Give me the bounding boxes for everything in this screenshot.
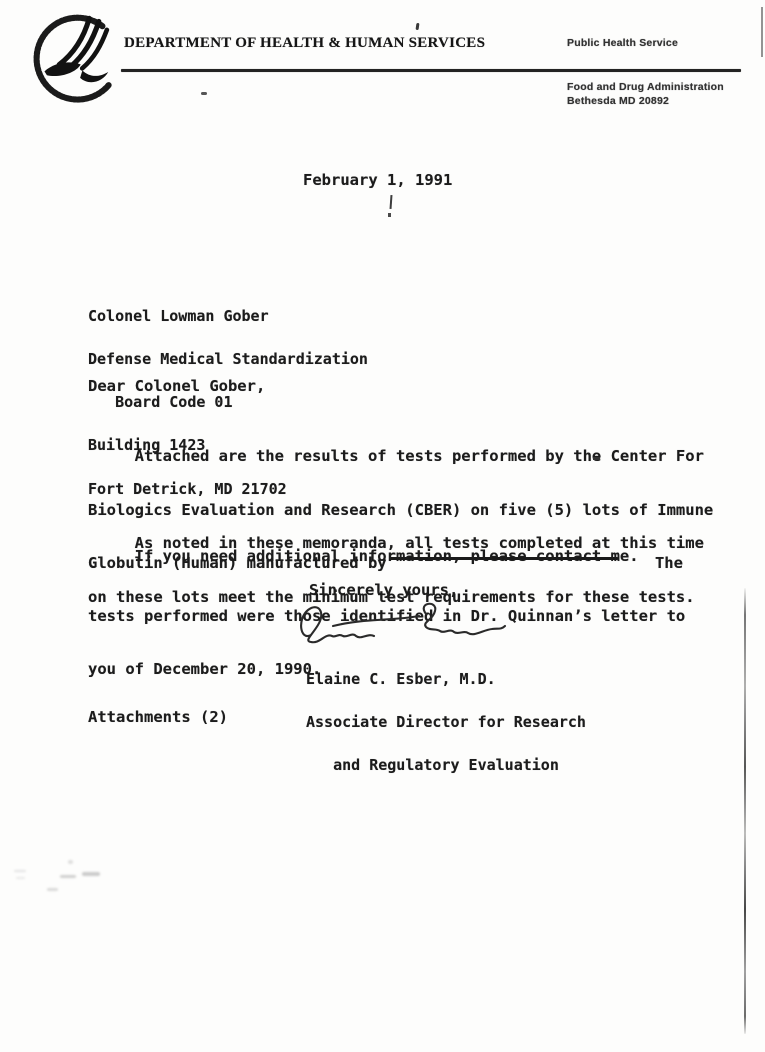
- scan-smudge: [82, 872, 100, 876]
- scan-smudge: [14, 870, 26, 872]
- signer-title: Associate Director for Research: [306, 715, 586, 729]
- scan-edge-streak: [744, 588, 746, 1034]
- scan-smudge: [60, 875, 76, 878]
- attachments-note: Attachments (2): [88, 708, 228, 726]
- public-health-service-label: Public Health Service: [567, 37, 678, 49]
- paragraph-3: If you need additional information, plea…: [88, 548, 639, 566]
- letter-date: February 1, 1991: [303, 171, 452, 189]
- scan-smudge: [68, 860, 73, 864]
- scan-speck: [593, 457, 600, 460]
- division-label: Food and Drug Administration: [567, 81, 724, 93]
- salutation: Dear Colonel Gober,: [88, 377, 265, 395]
- letterhead-divider: [121, 69, 741, 72]
- scan-smudge: [16, 877, 25, 879]
- recipient-line: Board Code 01: [88, 395, 368, 409]
- valediction: Sincerely yours,: [309, 581, 458, 599]
- signer-title: and Regulatory Evaluation: [306, 758, 586, 772]
- scan-speck: [201, 92, 207, 95]
- signature-block: Elaine C. Esber, M.D. Associate Director…: [306, 644, 586, 800]
- scanned-letter-page: DEPARTMENT OF HEALTH & HUMAN SERVICES Pu…: [0, 0, 765, 1052]
- scan-pen-tick: [388, 213, 391, 217]
- agency-title: DEPARTMENT OF HEALTH & HUMAN SERVICES: [124, 35, 485, 52]
- recipient-line: Colonel Lowman Gober: [88, 309, 368, 323]
- body-line: Attached are the results of tests perfor…: [88, 448, 713, 466]
- handwritten-signature: [295, 599, 510, 649]
- scan-edge-artifact: [761, 7, 763, 57]
- scan-speck: [416, 23, 420, 30]
- recipient-line: Defense Medical Standardization: [88, 352, 368, 366]
- division-location: Bethesda MD 20892: [567, 95, 669, 107]
- signer-name: Elaine C. Esber, M.D.: [306, 672, 586, 686]
- hhs-eagle-logo: [23, 8, 124, 109]
- scan-pen-tick: [390, 195, 393, 209]
- scan-smudge: [47, 888, 58, 891]
